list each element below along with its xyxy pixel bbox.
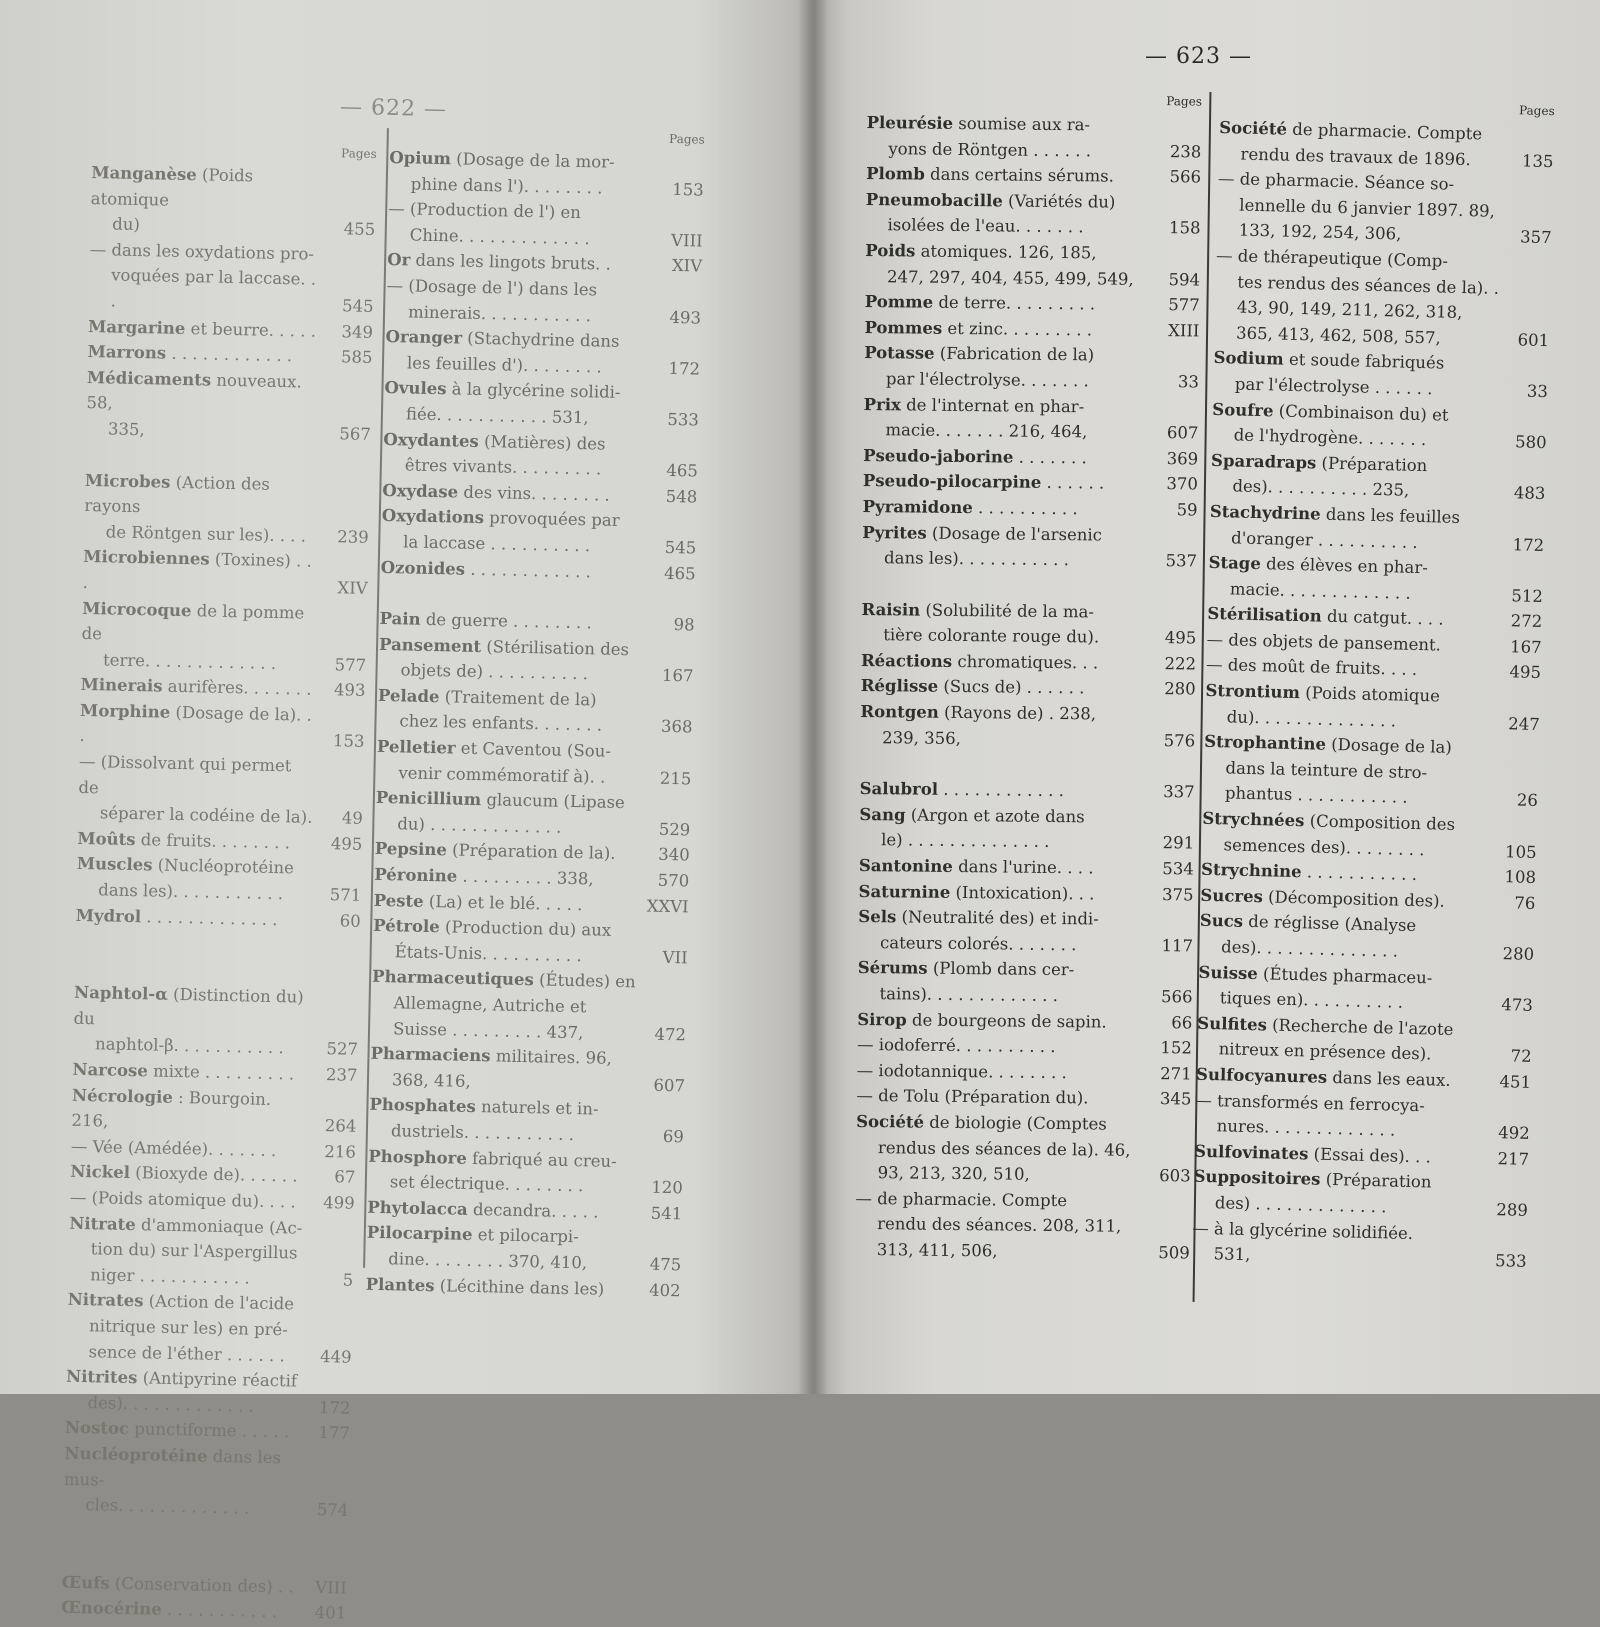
page-reference: 216 [316, 1139, 357, 1165]
index-column: PagesSociété de pharmacie. Compterendu d… [1191, 95, 1555, 1275]
entry-heading: Pharmaciens [370, 1044, 490, 1066]
entry-text: (Essai des). . . [1313, 1144, 1431, 1166]
page-reference: 271 [1152, 1061, 1192, 1087]
entry-text: de fruits. . . . . . . . [141, 830, 291, 852]
page-reference: 60 [320, 908, 361, 934]
index-entry: Sulfites (Recherche de l'azotenitreux en… [1196, 1011, 1532, 1070]
entry-heading: Pseudo-jaborine [863, 446, 1013, 467]
page-reference: 475 [641, 1251, 682, 1277]
page-reference: 26 [1498, 787, 1539, 814]
entry-heading: Phytolacca [367, 1198, 468, 1219]
page-reference: 577 [1160, 292, 1200, 318]
index-entry: Pomme de terre. . . . . . . . .577 [865, 289, 1200, 318]
entry-text: des élèves en phar- [1266, 554, 1428, 577]
entry-text: chromatiques. . . [957, 652, 1098, 672]
entry-heading: Société [1219, 118, 1287, 139]
page-reference: 105 [1496, 839, 1537, 866]
entry-continuation: nitrique sur les) en pré-sence de l'éthe… [66, 1313, 304, 1369]
page-reference: 566 [1152, 984, 1192, 1010]
entry-text: dans les lingots bruts. . [415, 251, 611, 274]
entry-heading: Oxydase [382, 481, 458, 502]
index-column: PagesManganèse (Poids atomiquedu)455— da… [61, 140, 377, 1394]
entry-heading: Raisin [861, 600, 920, 620]
index-entry: Nitrates (Action de l'acidenitrique sur … [66, 1287, 353, 1370]
entry-heading: Sérums [858, 958, 928, 978]
page-reference: 580 [1506, 429, 1547, 456]
page-reference: 527 [318, 1036, 359, 1062]
page-reference: 153 [663, 176, 704, 202]
entry-heading: Peste [374, 890, 424, 910]
pages-header: Pages [867, 90, 1202, 110]
pages-header: Pages [92, 140, 377, 162]
entry-text: — des objets de pansement. [1206, 630, 1441, 655]
page-reference: 345 [1151, 1086, 1191, 1112]
page-reference: 571 [321, 882, 362, 908]
entry-heading: Strychnine [1201, 860, 1302, 881]
page-reference: 495 [1156, 625, 1196, 651]
entry-heading: Pharmaceutiques [372, 967, 534, 989]
index-entry: Sels (Neutralité des) et indi-cateurs co… [858, 904, 1194, 959]
page-reference: 5 [313, 1267, 354, 1293]
entry-heading: Salubrol [860, 779, 939, 799]
entry-continuation: voquées par la laccase. . . [88, 262, 326, 318]
index-entry: — dans les oxydations pro-voquées par la… [88, 237, 375, 320]
page-reference: 280 [1494, 941, 1535, 968]
entry-continuation: Allemagne, Autriche et Suisse . . . . . … [371, 990, 639, 1047]
index-entry: Pseudo-pilocarpine . . . . . .370 [863, 468, 1198, 497]
page-reference: 493 [661, 304, 702, 330]
entry-heading: Sulfocyanures [1196, 1065, 1328, 1087]
entry-continuation: rendu des séances. 208, 311, 313, 411, 5… [855, 1211, 1143, 1265]
entry-text: et pilocarpi- [478, 1225, 579, 1246]
page-reference: 375 [1153, 882, 1193, 908]
entry-text: dans certains sérums. [930, 165, 1114, 186]
entry-text: (Argon et azote dans [911, 805, 1085, 826]
page-reference: 291 [1154, 830, 1194, 856]
page-reference: 493 [325, 677, 366, 703]
entry-text: et beurre. . . . . [190, 319, 316, 341]
index-entry: Pilocarpine et pilocarpi-dine. . . . . .… [366, 1220, 682, 1278]
entry-text: — de Tolu (Préparation du). [856, 1086, 1088, 1107]
page-reference: 120 [643, 1175, 684, 1201]
entry-heading: Pomme [865, 292, 934, 312]
entry-text: (Combinaison du) et [1279, 401, 1449, 424]
entry-text: (Études pharmaceu- [1263, 964, 1433, 987]
page-reference: 217 [1489, 1146, 1530, 1173]
entry-text: (Recherche de l'azote [1272, 1015, 1454, 1038]
entry-heading: Nécrologie [72, 1085, 173, 1106]
index-entry: Plantes (Lécithine dans les)402 [365, 1271, 680, 1303]
entry-text: (Préparation [1325, 1170, 1431, 1192]
index-entry: Raisin (Solubilité de la ma-tière colora… [861, 597, 1197, 652]
entry-text: (Poids atomique [1305, 683, 1440, 705]
index-entry: Phosphates naturels et in-dustriels. . .… [369, 1092, 685, 1150]
index-entry: Manganèse (Poids atomiquedu)455 [90, 160, 377, 243]
page-reference: 534 [1154, 856, 1194, 882]
entry-text: — Vée (Amédée). . . . . . . [71, 1137, 277, 1160]
page-reference: 272 [1502, 608, 1543, 635]
entry-heading: Santonine [859, 856, 953, 876]
index-entry: Pseudo-jaborine . . . . . . .369 [863, 443, 1198, 472]
page-reference: 449 [311, 1343, 352, 1369]
page-reference: 369 [1158, 446, 1198, 472]
index-column: PagesPleurésie soumise aux ra-yons de Rö… [855, 90, 1202, 1266]
entry-text: (Dosage de la) [1331, 735, 1452, 757]
entry-continuation: 247, 297, 404, 455, 499, 549, [865, 264, 1152, 293]
entry-text: . . . . . . . . . . . [1307, 863, 1418, 885]
page-reference: 607 [645, 1072, 686, 1098]
entry-text: (Nucléoprotéine [158, 856, 295, 878]
index-entry: Réglisse (Sucs de) . . . . . .280 [861, 673, 1196, 702]
entry-continuation: tains). . . . . . . . . . . . . [857, 981, 1144, 1010]
index-entry: Morphine (Dosage de la). . .153 [79, 698, 365, 755]
index-entry: Opium (Dosage de la mor-phine dans l'). … [389, 145, 705, 203]
page-reference: 465 [655, 560, 696, 586]
entry-text: et zinc. . . . . . . . . [947, 319, 1092, 340]
index-column: PagesOpium (Dosage de la mor-phine dans … [365, 125, 704, 1303]
entry-heading: Margarine [88, 317, 186, 338]
entry-text: (Stachydrine dans [467, 329, 620, 351]
entry-heading: Sulfites [1197, 1014, 1267, 1035]
entry-heading: Marrons [87, 342, 166, 363]
entry-heading: Strophantine [1204, 732, 1326, 754]
entry-heading: Oxydations [382, 506, 485, 527]
entry-text: (Bioxyde de). . . . . . [135, 1164, 298, 1186]
page-reference: 117 [1153, 933, 1193, 959]
entry-heading: Morphine [80, 701, 171, 722]
page-reference: 167 [1501, 634, 1542, 661]
entry-text: (Traitement de la) [445, 687, 597, 709]
page-reference: 533 [1486, 1248, 1527, 1275]
index-entry: — (Dissolvant qui permet deséparer la co… [78, 749, 365, 832]
entry-text: . . . . . . . . . . [978, 498, 1078, 518]
index-entry: — de pharmacie. Compterendu des séances.… [855, 1186, 1191, 1266]
entry-heading: Pain [379, 609, 420, 629]
page-reference: 264 [316, 1113, 357, 1139]
page-reference: 545 [333, 293, 374, 319]
index-entry: — de pharmacie. Séance so-lennelle du 6 … [1216, 166, 1553, 251]
index-entry: Stage des élèves en phar-macie. . . . . … [1208, 550, 1544, 609]
entry-text: de l'internat en phar- [906, 395, 1084, 416]
entry-text: et soude fabriqués [1289, 350, 1445, 373]
entry-text: naturels et in- [481, 1097, 599, 1118]
page-reference: XIV [662, 253, 703, 279]
page-reference: 483 [1505, 480, 1546, 507]
index-entry: Nitrites (Antipyrine réactifdes). . . . … [65, 1364, 351, 1394]
entry-heading: Sirop [857, 1010, 907, 1030]
index-entry: Pharmaciens militaires. 96,368, 416,607 [370, 1041, 686, 1099]
entry-text: — iodotannique. . . . . . . . [857, 1061, 1067, 1082]
page-reference: 66 [1152, 1010, 1192, 1036]
entry-text: de pharmacie. Compte [1292, 120, 1482, 144]
index-entry: Sérums (Plomb dans cer-tains). . . . . .… [857, 955, 1193, 1010]
page-reference: 537 [1157, 548, 1197, 574]
entry-text: (Lécithine dans les) [440, 1276, 605, 1298]
page-reference: 541 [642, 1200, 683, 1226]
index-entry: Penicillium glaucum (Lipasedu) . . . . .… [375, 785, 691, 843]
index-entry: Sang (Argon et azote dansle) . . . . . .… [859, 802, 1195, 857]
index-entry: Sodium et soude fabriquéspar l'électroly… [1213, 345, 1549, 404]
entry-text: du catgut. . . . [1327, 607, 1444, 629]
entry-text: . . . . . . [1046, 473, 1104, 493]
page-reference: 280 [1156, 677, 1196, 703]
index-entry: Nécrologie : Bourgoin. 216,264 [71, 1082, 357, 1139]
entry-heading: Opium [389, 148, 451, 168]
entry-heading: Microcoque [82, 598, 192, 619]
page-reference: 67 [315, 1164, 356, 1190]
page-reference: 545 [656, 535, 697, 561]
entry-text: . . . . . . . [1019, 447, 1087, 467]
page-reference: 548 [657, 483, 698, 509]
entry-text: (Antipyrine réactif [142, 1368, 297, 1390]
entry-heading: Naphtol-α [74, 983, 168, 1004]
entry-continuation: cateurs colorés. . . . . . . [858, 930, 1145, 959]
entry-heading: Microbiennes [83, 547, 210, 569]
entry-text: — (Production de l') en [388, 199, 581, 222]
index-entry: Pelade (Traitement de la)chez les enfant… [377, 683, 693, 741]
index-entry: Soufre (Combinaison du) etde l'hydrogène… [1211, 396, 1547, 455]
page-reference: 594 [1160, 267, 1200, 293]
index-entry: — transformés en ferrocya-nures. . . . .… [1194, 1087, 1530, 1146]
index-entry: Strychnées (Composition dessemences des)… [1201, 806, 1537, 865]
entry-text: — à la glycérine solidifiée. [1192, 1218, 1413, 1242]
entry-heading: Sang [859, 805, 905, 824]
page-reference: 370 [1158, 471, 1198, 497]
page-reference: 512 [1503, 583, 1544, 610]
index-entry: Sucs de réglisse (Analysedes). . . . . .… [1199, 908, 1535, 967]
entry-text: (Variétés du) [1008, 191, 1116, 211]
entry-heading: Pseudo-pilocarpine [863, 471, 1042, 492]
entry-text: — transformés en ferrocya- [1195, 1090, 1425, 1115]
entry-heading: Pétrole [373, 916, 440, 936]
entry-text: — de thérapeutique (Comp- [1216, 246, 1448, 271]
index-entry: Sirop de bourgeons de sapin.66 [857, 1007, 1192, 1036]
page-reference: 473 [1493, 992, 1534, 1019]
page-reference: VII [647, 944, 688, 970]
entry-heading: Penicillium [376, 788, 482, 809]
entry-heading: Pyrites [862, 522, 927, 542]
entry-text: de réglisse (Analyse [1248, 912, 1416, 935]
entry-heading: Nitrate [69, 1213, 136, 1233]
entry-continuation: tion du) sur l'Aspergillus niger . . . .… [68, 1236, 306, 1292]
entry-continuation: macie. . . . . . . 216, 464, [863, 417, 1150, 446]
page-reference: 337 [1155, 779, 1195, 805]
entry-text: mixte . . . . . . . . . [153, 1061, 294, 1083]
entry-heading: Sulfovinates [1194, 1141, 1309, 1163]
entry-heading: Pleurésie [867, 113, 954, 133]
entry-continuation: rendus des séances de la). 46, 93, 213, … [856, 1135, 1144, 1189]
index-entry: Sparadraps (Préparationdes). . . . . . .… [1210, 448, 1546, 507]
index-entry: Médicaments nouveaux. 58,335,567 [86, 365, 373, 448]
entry-continuation: dans les). . . . . . . . . . . [862, 545, 1149, 574]
entry-heading: Sucs [1200, 911, 1244, 931]
entry-heading: Péronine [374, 865, 457, 886]
entry-heading: Suisse [1198, 962, 1258, 982]
page-reference: 69 [644, 1124, 685, 1150]
page-reference: 152 [1152, 1035, 1192, 1061]
entry-heading: Strontium [1205, 681, 1300, 702]
page-reference: 222 [1156, 651, 1196, 677]
page-reference: 59 [1157, 497, 1197, 523]
entry-heading: Soufre [1212, 399, 1274, 419]
entry-continuation: isolées de l'eau. . . . . . . [865, 212, 1152, 241]
entry-text: des vins. . . . . . . . [463, 482, 610, 504]
page-number: — 623 — [1145, 44, 1252, 69]
entry-continuation: le) . . . . . . . . . . . . . . [859, 827, 1146, 856]
entry-heading: Nitrates [68, 1290, 144, 1311]
page-reference: 529 [650, 816, 691, 842]
entry-text: de guerre . . . . . . . . [426, 610, 592, 632]
index-entry: Suppositoires (Préparationdes) . . . . .… [1193, 1164, 1529, 1223]
entry-text: à la glycérine solidi- [452, 380, 621, 403]
entry-continuation: tière colorante rouge du). [861, 622, 1148, 651]
page-reference: 33 [1508, 378, 1549, 405]
entry-text: — (Poids atomique du). . . . [70, 1188, 296, 1212]
entry-text: — dans les oxydations pro- [90, 240, 315, 264]
entry-text: (Préparation [1321, 453, 1427, 475]
index-entry: — de Tolu (Préparation du).345 [856, 1083, 1191, 1112]
index-entry: Pétrole (Production du) auxÉtats-Unis. .… [372, 913, 688, 971]
index-entry: Strophantine (Dosage de la)dans la teint… [1203, 729, 1540, 814]
entry-heading: Ovules [384, 378, 446, 398]
entry-text: (Production du) aux [445, 918, 612, 940]
entry-heading: Nickel [70, 1162, 130, 1182]
index-entry: Oxydations provoquées parla laccase . . … [381, 503, 697, 561]
page-reference: 239 [328, 524, 369, 550]
page-reference: 472 [646, 1021, 687, 1047]
index-entry: Pelletier et Caventou (Sou-venir commémo… [376, 734, 692, 792]
entry-heading: Pyramidone [863, 497, 973, 517]
page-reference: 570 [649, 868, 690, 894]
index-entry: Pommes et zinc. . . . . . . . .XIII [864, 315, 1199, 344]
entry-text: de biologie (Comptes [929, 1113, 1107, 1134]
page-reference: 368 [652, 714, 693, 740]
index-entry: Rontgen (Rayons de) . 238,239, 356,576 [860, 699, 1196, 754]
entry-heading: Or [387, 250, 410, 269]
entry-heading: Oranger [385, 327, 462, 348]
entry-heading: Sodium [1213, 348, 1284, 369]
entry-text: . . . . . . . . . 338, [462, 867, 594, 889]
page-reference: 153 [324, 728, 365, 754]
page-reference: 215 [651, 765, 692, 791]
index-entry: Suisse (Études pharmaceu-tiques en). . .… [1198, 959, 1534, 1018]
entry-heading: Muscles [77, 854, 153, 875]
entry-text: dans l'urine. . . . [958, 857, 1094, 877]
index-entry: — de thérapeutique (Comp-tes rendus des … [1214, 243, 1551, 354]
index-entry: Microbes (Action des rayonsde Röntgen su… [84, 467, 371, 550]
entry-text: — de pharmacie. Compte [855, 1189, 1067, 1210]
entry-heading: Strychnées [1202, 809, 1305, 830]
entry-text: (Sucs de) . . . . . . [943, 677, 1084, 697]
page-reference: 238 [1161, 139, 1201, 165]
entry-continuation: tes rendus des séances de la). . 43, 90,… [1214, 269, 1503, 353]
page-reference: 247 [1499, 711, 1540, 738]
page-reference: 167 [653, 663, 694, 689]
page-reference: 72 [1491, 1043, 1532, 1070]
page-reference: 566 [1161, 164, 1201, 190]
entry-heading: Pepsine [375, 839, 447, 860]
index-entry: Santonine dans l'urine. . . .534 [859, 853, 1194, 882]
entry-heading: Pelade [378, 686, 440, 706]
entry-heading: Sucres [1200, 886, 1263, 907]
page-reference: 237 [317, 1062, 358, 1088]
entry-heading: Médicaments [87, 368, 212, 390]
entry-continuation: 239, 356, [860, 725, 1147, 754]
index-entry: Saturnine (Intoxication). . .375 [858, 879, 1193, 908]
page-reference: 465 [658, 458, 699, 484]
entry-heading: Plantes [366, 1274, 435, 1294]
entry-heading: Pilocarpine [367, 1223, 473, 1244]
index-entry: Oranger (Stachydrine dansles feuilles d'… [385, 324, 701, 382]
page-reference: 49 [323, 805, 364, 831]
entry-text: dans les feuilles [1326, 505, 1460, 527]
entry-heading: Stérilisation [1207, 604, 1322, 626]
page-reference: 172 [660, 355, 701, 381]
index-entry: — iodoferré. . . . . . . . . .152 [857, 1032, 1192, 1061]
index-entry: Phosphore fabriqué au creu-set électriqu… [368, 1143, 684, 1201]
entry-text: — des moût de fruits. . . . [1206, 655, 1418, 679]
page-reference: 455 [335, 216, 376, 242]
entry-continuation: lennelle du 6 janvier 1897. 89, 133, 192… [1216, 192, 1504, 250]
entry-heading: Moûts [77, 829, 136, 849]
entry-continuation: dans la teinture de stro-phantus . . . .… [1203, 755, 1491, 813]
index-entry: Naphtol-α (Distinction du) dunaphtol-β. … [73, 980, 360, 1063]
index-entry: Pyramidone . . . . . . . . . .59 [863, 494, 1198, 523]
index-entry: — iodotannique. . . . . . . .271 [857, 1058, 1192, 1087]
entry-text: . . . . . . . . . . . . [171, 344, 292, 366]
page-reference: 607 [1158, 420, 1198, 446]
index-entry: — (Dosage de l') dans lesminerais. . . .… [386, 273, 702, 331]
entry-text: militaires. 96, [496, 1047, 612, 1068]
page-reference: 135 [1513, 148, 1554, 175]
page-reference: VIII [662, 228, 703, 254]
index-entry: Potasse (Fabrication de la)par l'électro… [864, 340, 1200, 395]
page-reference: 98 [654, 612, 695, 638]
index-entry: Ovules à la glycérine solidi-fiée. . . .… [384, 375, 700, 433]
entry-text: fabriqué au creu- [472, 1149, 617, 1171]
entry-heading: Stachydrine [1210, 502, 1321, 524]
index-entry: Pneumobacille (Variétés du)isolées de l'… [865, 187, 1201, 242]
page-reference: 495 [322, 831, 363, 857]
entry-heading: Potasse [864, 343, 935, 363]
entry-text: (Neutralité des) et indi- [901, 908, 1098, 929]
entry-text: et Caventou (Sou- [461, 739, 612, 761]
page-reference: 33 [1159, 369, 1199, 395]
index-entry: Pharmaceutiques (Études) enAllemagne, Au… [371, 964, 688, 1047]
page-reference: 172 [1504, 532, 1545, 559]
index-entry: Plomb dans certains sérums.566 [866, 161, 1201, 190]
page-reference: XIII [1159, 318, 1199, 344]
entry-text: . . . . . . . . . . . . . [146, 907, 277, 929]
page-reference: XIV [327, 575, 368, 601]
entry-continuation: yons de Röntgen . . . . . . [866, 136, 1153, 165]
index-entry: — (Production de l') enChine. . . . . . … [387, 196, 703, 254]
entry-heading: Plomb [866, 164, 925, 184]
page-reference: 76 [1495, 890, 1536, 917]
index-entry: Société de biologie (Comptesrendus des s… [856, 1109, 1192, 1189]
entry-text: — de pharmacie. Séance so- [1218, 169, 1455, 194]
page-reference: 533 [659, 407, 700, 433]
page-reference: 567 [331, 421, 372, 447]
index-entry: Nitrate d'ammoniaque (Ac-tion du) sur l'… [68, 1210, 355, 1293]
entry-text: aurifères. . . . . . . [168, 677, 312, 699]
page-reference: 349 [333, 319, 374, 345]
index-entry: Oxydantes (Matières) desêtres vivants. .… [383, 426, 699, 484]
index-entry: Pleurésie soumise aux ra-yons de Röntgen… [866, 110, 1202, 165]
index-entry: Poids atomiques. 126, 185,247, 297, 404,… [865, 238, 1201, 293]
index-entry: Microcoque de la pomme deterre. . . . . … [81, 595, 368, 678]
entry-heading: Réactions [861, 651, 952, 671]
